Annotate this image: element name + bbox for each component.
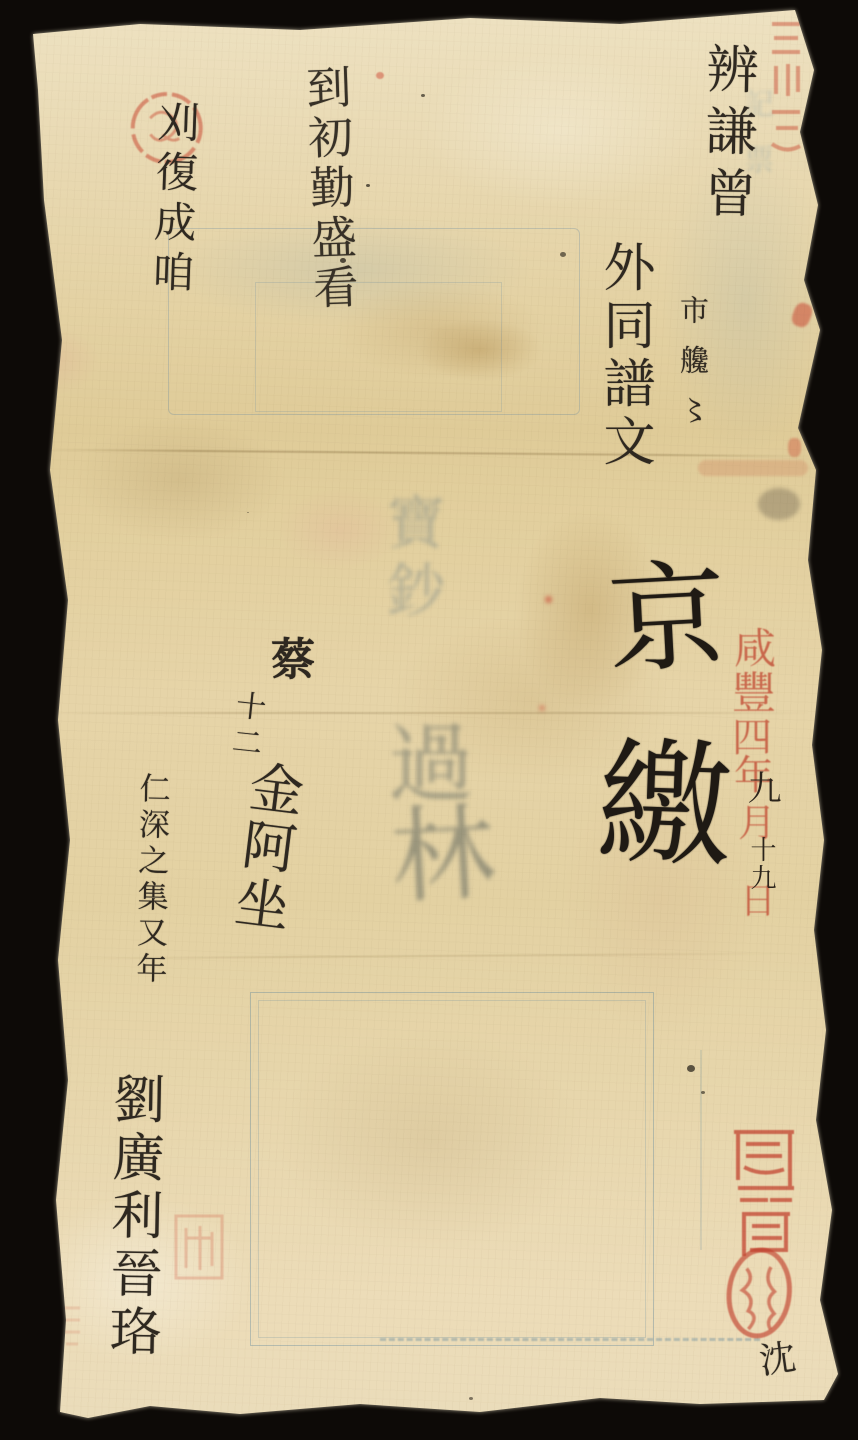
paper-shadow-wrap: 寶鈔 過 林 記票 [0, 0, 858, 1440]
scan-background: 寶鈔 過 林 記票 [0, 0, 858, 1440]
paper-texture [0, 0, 858, 1440]
document-paper: 寶鈔 過 林 記票 [0, 0, 858, 1440]
